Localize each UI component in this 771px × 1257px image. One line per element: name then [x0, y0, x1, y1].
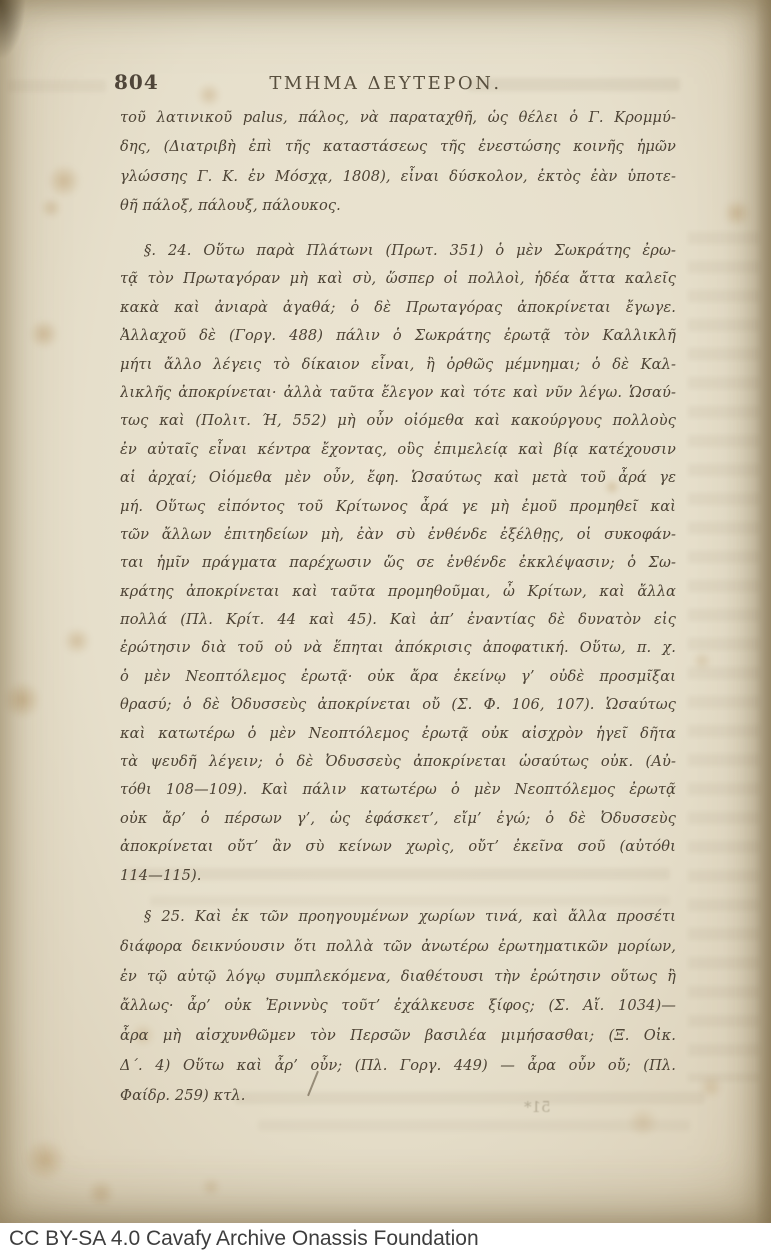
text-line: τᾷ τὸν Πρωταγόραν μὴ καὶ σὺ, ὥσπερ οἱ πο… — [120, 265, 676, 293]
text-line: ται ἡμῖν πράγματα παρέχωσιν ὥς σε ἐνθένδ… — [120, 549, 676, 577]
text-line: ἆρα μὴ αἰσχυνθῶμεν τὸν Περσῶν βασιλέα μι… — [120, 1021, 676, 1051]
paragraph-section-25: § 25. Καὶ ἐκ τῶν προηγουμένων χωρίων τιν… — [120, 902, 676, 1111]
paragraph-continuation: τοῦ λατινικοῦ palus, πάλος, νὰ παραταχθῆ… — [120, 103, 676, 221]
text-line: οὐκ ἄρ’ ὁ πέρσων γ’, ὡς ἐφάσκετ’, εἴμ’ ἐ… — [120, 805, 676, 833]
text-line: § 25. Καὶ ἐκ τῶν προηγουμένων χωρίων τιν… — [120, 902, 676, 932]
text-line: τόθι 108—109). Καὶ πάλιν κατωτέρω ὁ μὲν … — [120, 776, 676, 804]
book-page-scan: 51* 804 ΤΜΗΜΑ ΔΕΥΤΕΡΟΝ. τοῦ λατινικοῦ pa… — [0, 0, 771, 1223]
foxing-spot — [28, 320, 60, 348]
foxing-spot — [722, 200, 752, 226]
text-line: κακὰ καὶ ἀνιαρὰ ἀγαθά; ὁ δὲ Πρωταγόρας ἀ… — [120, 294, 676, 322]
foxing-spot — [46, 165, 82, 197]
text-line: τοῦ λατινικοῦ palus, πάλος, νὰ παραταχθῆ… — [120, 103, 676, 132]
foxing-spot — [40, 198, 62, 218]
text-line: μήτι ἄλλο λέγεις τὸ δίκαιον εἶναι, ἢ ὀρθ… — [120, 351, 676, 379]
text-line: πολλά (Πλ. Κρίτ. 44 καὶ 45). Καὶ ἀπ’ ἐνα… — [120, 606, 676, 634]
running-header: ΤΜΗΜΑ ΔΕΥΤΕΡΟΝ. — [0, 73, 771, 94]
scanned-book-page: { "document": { "page_number": "804", "r… — [0, 0, 771, 1257]
text-line: κράτης ἀποκρίνεται καὶ ταῦτα προμηθοῦμαι… — [120, 578, 676, 606]
text-line: ἐν τῷ αὐτῷ λόγῳ συμπλεκόμενα, διαθέτουσι… — [120, 962, 676, 992]
show-through-column — [688, 232, 760, 1082]
license-bar: CC BY-SA 4.0 Cavafy Archive Onassis Foun… — [0, 1223, 771, 1257]
text-line: ὁ μὲν Νεοπτόλεμος ἐρωτᾷ· οὐκ ἄρα ἐκείνῳ … — [120, 663, 676, 691]
text-line: ἐρώτησιν διὰ τοῦ οὐ νὰ ἕπηται ἀπόκρισις … — [120, 634, 676, 662]
foxing-spot — [22, 1140, 68, 1180]
foxing-spot — [2, 682, 42, 718]
text-line: §. 24. Οὕτω παρὰ Πλάτωνι (Πρωτ. 351) ὁ μ… — [120, 237, 676, 265]
text-line: αἱ ἀρχαί; Οἰόμεθα μὲν οὖν, ἔφη. Ὡσαύτως … — [120, 464, 676, 492]
text-line: Φαίδρ. 259) κτλ. — [120, 1081, 676, 1111]
paragraph-section-24: §. 24. Οὕτω παρὰ Πλάτωνι (Πρωτ. 351) ὁ μ… — [120, 237, 676, 890]
text-line: τὰ ψευδῆ λέγειν; ὁ δὲ Ὀδυσσεὺς ἀποκρίνετ… — [120, 748, 676, 776]
text-line: θρασύ; ὁ δὲ Ὀδυσσεὺς ἀποκρίνεται οὔ (Σ. … — [120, 691, 676, 719]
foxing-spot — [200, 1178, 222, 1196]
foxing-spot — [62, 628, 92, 654]
text-line: θῆ πάλοξ, πάλουξ, πάλουκος. — [120, 191, 676, 220]
show-through-text — [258, 1120, 690, 1131]
text-line: μή. Οὕτως εἰπόντος τοῦ Κρίτωνος ἆρά γε μ… — [120, 493, 676, 521]
text-line: τῶν ἄλλων ἐπιτηδείων μὴ, ἐὰν σὺ ἐνθένδε … — [120, 521, 676, 549]
text-line: Ἀλλαχοῦ δὲ (Γοργ. 488) πάλιν ὁ Σωκράτης … — [120, 322, 676, 350]
scan-corner-shadow — [0, 0, 26, 60]
foxing-spot — [86, 1180, 116, 1206]
text-line: ἄλλως· ἆρ’ οὐκ Ἐριννὺς τοῦτ’ ἐχάλκευσε ξ… — [120, 991, 676, 1021]
text-line: ἀποκρίνεται οὔτ’ ἂν σὺ κείνων χωρὶς, οὔτ… — [120, 833, 676, 861]
text-line: λικλῆς ἀποκρίνεται· ἀλλὰ ταῦτα ἔλεγον κα… — [120, 379, 676, 407]
text-line: δης, (Διατριβὴ ἐπὶ τῆς καταστάσεως τῆς ἐ… — [120, 132, 676, 161]
text-line: 114—115). — [120, 862, 676, 890]
text-line: ἐν αὐταῖς εἶναι κέντρα ἔχοντας, οὓς ἐπιμ… — [120, 436, 676, 464]
text-line: τως καὶ (Πολιτ. Ή, 552) μὴ οὖν οἰόμεθα κ… — [120, 407, 676, 435]
text-line: γλώσσης Γ. Κ. ἐν Μόσχᾳ, 1808), εἶναι δύσ… — [120, 162, 676, 191]
text-line: Δ΄. 4) Οὕτω καὶ ἆρ’ οὖν; (Πλ. Γοργ. 449)… — [120, 1051, 676, 1081]
text-line: καὶ κατωτέρω ὁ μὲν Νεοπτόλεμος ἐρωτᾷ οὐκ… — [120, 720, 676, 748]
text-line: διάφορα δεικνύουσιν ὅτι πολλὰ τῶν ἀνωτέρ… — [120, 932, 676, 962]
license-text: CC BY-SA 4.0 Cavafy Archive Onassis Foun… — [9, 1223, 479, 1257]
